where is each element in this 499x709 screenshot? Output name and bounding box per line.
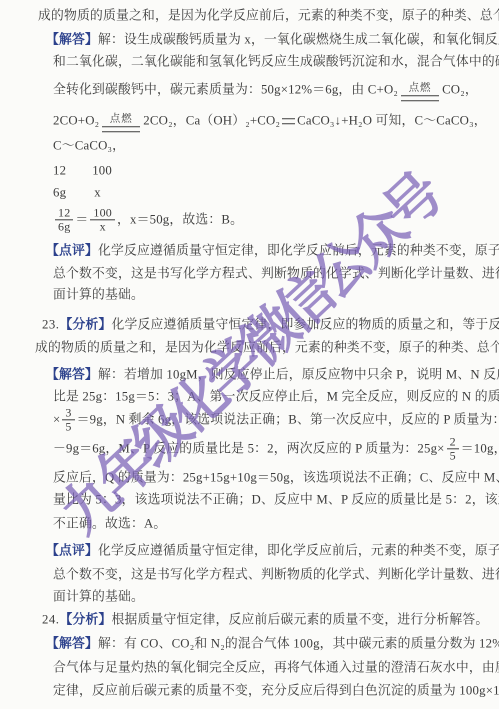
text-line: 【点评】化学反应遵循质量守恒定律，即化学反应前后，元素的种类不变，原子的种类、: [46, 543, 499, 558]
text-line: C～CaCO₃，: [53, 138, 125, 153]
text-segment: 合气体与足量灼热的氧化铜完全反应，再将气体通入过量的澄清石灰水中，由质量守恒: [53, 660, 499, 675]
condition-label: 点燃: [409, 83, 432, 94]
text-segment: x: [94, 185, 101, 200]
fraction-denominator: 5: [447, 450, 459, 463]
text-segment: 成的物质的质量之和，是因为化学反应前后，元素的种类不变，原子的种类、总个数不变。: [35, 340, 499, 355]
text-line: 6gx: [53, 185, 101, 200]
text-segment: 根据质量守恒定律，反应前后碳元素的质量不变，进行分析解答。: [112, 612, 489, 627]
text-segment: 解：有 CO、CO₂和 N₂的混合气体 100g，其中碳元素的质量分数为 12%…: [98, 636, 499, 651]
text-segment: 总个数不变，这是书写化学方程式、判断物质的化学式、判断化学计量数、进行相关方: [53, 567, 499, 582]
section-marker: 【解答】: [46, 367, 98, 382]
text-line: 成的物质的质量之和，是因为化学反应前后，元素的种类不变，原子的种类、总个数不变。: [35, 340, 499, 355]
text-segment: ＝9g，N 剩余 6g，该选项说法正确；B、第一次反应中，反应的 P 质量为：3…: [77, 412, 499, 427]
text-line: 和二氧化碳，二氧化碳能和氢氧化钙反应生成碳酸钙沉淀和水，混合气体中的碳元素完: [53, 54, 499, 69]
text-line: 成的物质的质量之和，是因为化学反应前后，元素的种类不变，原子的种类、总个数不变。: [38, 8, 499, 23]
text-line: 2CO+O₂点燃2CO₂，Ca（OH）₂+CO₂CaCO₃↓+H₂O 可知，C～…: [53, 112, 487, 130]
fraction-denominator: x: [97, 221, 109, 234]
text-line: 合气体与足量灼热的氧化铜完全反应，再将气体通入过量的澄清石灰水中，由质量守恒: [53, 660, 499, 675]
text-segment: C～CaCO₃，: [53, 138, 125, 153]
text-segment: 2CO₂，Ca（OH）₂+CO₂: [143, 113, 280, 128]
text-segment: 6g: [53, 185, 66, 200]
text-segment: CaCO₃↓+H₂O 可知，C～CaCO₃，: [297, 113, 487, 128]
document-page: 成的物质的质量之和，是因为化学反应前后，元素的种类不变，原子的种类、总个数不变。…: [0, 0, 499, 709]
text-segment: 比是 25g：15g＝5：3；A、第一次反应停止后，M 完全反应，则反应的 N …: [53, 389, 499, 404]
reaction-condition: 点燃: [102, 114, 140, 132]
section-marker: 【点评】: [46, 543, 98, 558]
double-equals-sign: [282, 118, 295, 124]
equation-double-line: [102, 126, 140, 132]
text-segment: 12: [53, 163, 66, 178]
text-line: －9g＝6g，M、P 反应的质量比是 5：2，两次反应的 P 质量为：25g×2…: [53, 435, 499, 462]
fraction-numerator: 100: [90, 206, 115, 220]
text-line: 不正确。故选：A。: [53, 516, 166, 531]
text-segment: 和二氧化碳，二氧化碳能和氢氧化钙反应生成碳酸钙沉淀和水，混合气体中的碳元素完: [53, 54, 499, 69]
text-line: 总个数不变，这是书写化学方程式、判断物质的化学式、判断化学计量数、进行相关方: [53, 266, 499, 281]
text-line: 定律，反应前后碳元素的质量不变，充分反应后得到白色沉淀的质量为 100g×12%…: [53, 683, 499, 698]
text-segment: 化学反应遵循质量守恒定律，即参加反应的物质的质量之和，等于反应后生: [112, 317, 499, 332]
text-segment: 反应后，Q 的质量为：25g+15g+10g＝50g，该选项说法不正确；C、反应…: [53, 470, 499, 485]
text-line: 面计算的基础。: [53, 287, 144, 302]
fraction: 126g: [55, 206, 73, 233]
fraction-denominator: 5: [62, 421, 74, 434]
question-number: 24.: [42, 612, 60, 627]
section-marker: 【分析】: [60, 612, 112, 627]
text-segment: 100: [92, 163, 112, 178]
text-segment: 面计算的基础。: [53, 287, 144, 302]
text-segment: 全转化到碳酸钙中，碳元素质量为：50g×12%＝6g，由 C+O₂: [53, 82, 398, 97]
text-segment: 定律，反应前后碳元素的质量不变，充分反应后得到白色沉淀的质量为 100g×12%…: [53, 683, 499, 698]
fraction-numerator: 2: [447, 435, 459, 449]
text-line: ×35＝9g，N 剩余 6g，该选项说法正确；B、第一次反应中，反应的 P 质量…: [53, 406, 499, 433]
text-segment: ＝10g，第二次: [461, 441, 499, 456]
text-segment: 不正确。故选：A。: [53, 516, 166, 531]
text-segment: ×: [53, 412, 60, 427]
text-segment: 总个数不变，这是书写化学方程式、判断物质的化学式、判断化学计量数、进行相关方: [53, 266, 499, 281]
text-segment: 化学反应遵循质量守恒定律，即化学反应前后，元素的种类不变，原子的种类、: [98, 543, 499, 558]
section-marker: 【解答】: [46, 636, 98, 651]
text-segment: ，x＝50g，故选：B。: [117, 212, 243, 227]
text-line: 全转化到碳酸钙中，碳元素质量为：50g×12%＝6g，由 C+O₂点燃CO₂，: [53, 81, 478, 99]
question-number: 23.: [42, 317, 60, 332]
text-segment: －9g＝6g，M、P 反应的质量比是 5：2，两次反应的 P 质量为：25g×: [53, 441, 445, 456]
text-line: 量比为 5：3，该选项说法不正确；D、反应中 M、P 反应的质量比是 5：2，该…: [53, 492, 499, 507]
text-line: 总个数不变，这是书写化学方程式、判断物质的化学式、判断化学计量数、进行相关方: [53, 567, 499, 582]
condition-label: 点燃: [110, 114, 133, 125]
fraction: 100x: [90, 206, 115, 233]
text-segment: 2CO+O₂: [53, 113, 99, 128]
text-line: 【点评】化学反应遵循质量守恒定律，即化学反应前后，元素的种类不变，原子的种类、: [46, 243, 499, 258]
text-line: 24.【分析】根据质量守恒定律，反应前后碳元素的质量不变，进行分析解答。: [42, 612, 488, 627]
section-marker: 【点评】: [46, 243, 98, 258]
text-line: 反应后，Q 的质量为：25g+15g+10g＝50g，该选项说法不正确；C、反应…: [53, 470, 499, 485]
fraction-numerator: 3: [62, 406, 74, 420]
section-marker: 【分析】: [60, 317, 112, 332]
text-line: 12100: [53, 163, 112, 178]
text-line: 比是 25g：15g＝5：3；A、第一次反应停止后，M 完全反应，则反应的 N …: [53, 389, 499, 404]
text-segment: 化学反应遵循质量守恒定律，即化学反应前后，元素的种类不变，原子的种类、: [98, 243, 499, 258]
text-line: 126g＝100x，x＝50g，故选：B。: [53, 206, 243, 233]
text-line: 【解答】解：若增加 10gM，则反应停止后，原反应物中只余 P，说明 M、N 反…: [46, 367, 499, 382]
equation-double-line: [401, 95, 439, 101]
text-segment: 成的物质的质量之和，是因为化学反应前后，元素的种类不变，原子的种类、总个数不变。: [38, 8, 499, 23]
text-segment: 解：设生成碳酸钙质量为 x，一氧化碳燃烧生成二氧化碳，和氧化铜反应生成铜: [98, 32, 499, 47]
text-line: 【解答】解：设生成碳酸钙质量为 x，一氧化碳燃烧生成二氧化碳，和氧化铜反应生成铜: [46, 32, 499, 47]
section-marker: 【解答】: [46, 32, 98, 47]
fraction-denominator: 6g: [55, 221, 73, 234]
fraction-numerator: 12: [55, 206, 73, 220]
text-segment: CO₂，: [442, 82, 478, 97]
text-segment: 量比为 5：3，该选项说法不正确；D、反应中 M、P 反应的质量比是 5：2，该…: [53, 492, 499, 507]
reaction-condition: 点燃: [401, 83, 439, 101]
fraction: 25: [447, 435, 459, 462]
text-segment: 解：若增加 10gM，则反应停止后，原反应物中只余 P，说明 M、N 反应的质量: [98, 367, 499, 382]
fraction: 35: [62, 406, 74, 433]
text-line: 23.【分析】化学反应遵循质量守恒定律，即参加反应的物质的质量之和，等于反应后生: [42, 317, 499, 332]
text-segment: ＝: [75, 212, 88, 227]
text-line: 【解答】解：有 CO、CO₂和 N₂的混合气体 100g，其中碳元素的质量分数为…: [46, 636, 499, 651]
text-segment: 面计算的基础。: [53, 589, 144, 604]
text-line: 面计算的基础。: [53, 589, 144, 604]
